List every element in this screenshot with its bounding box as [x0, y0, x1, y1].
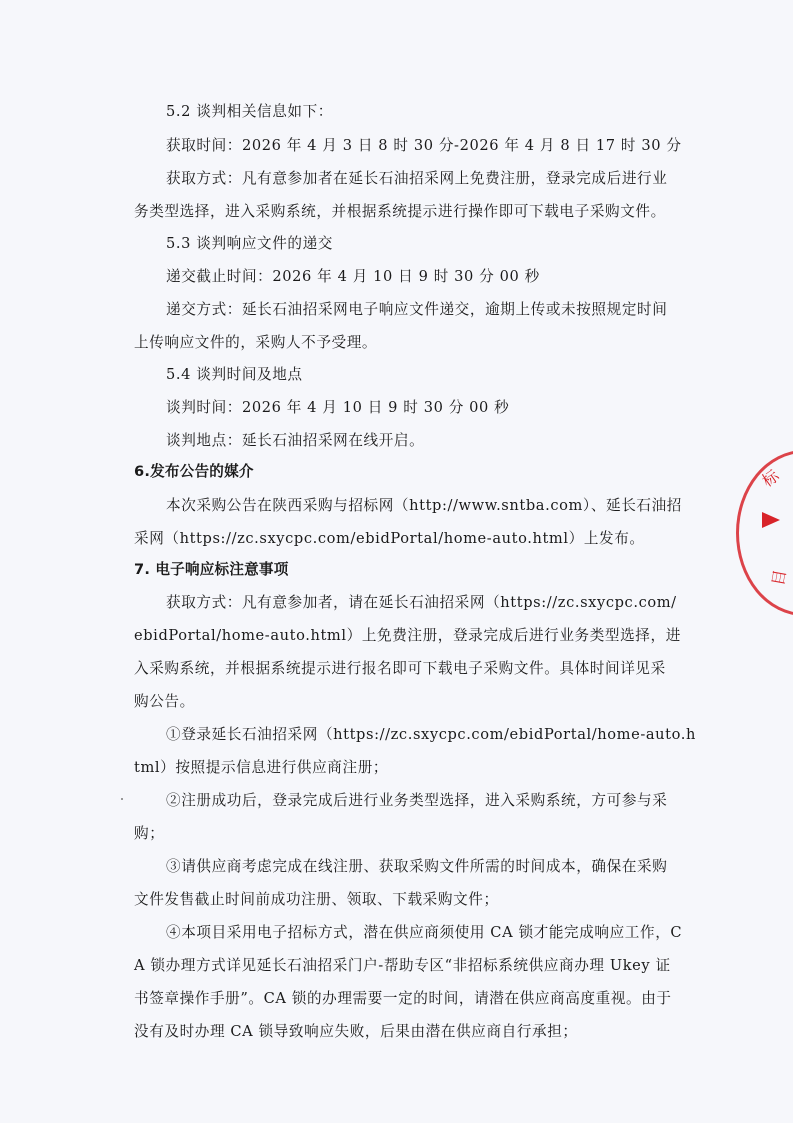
item-1-line2: tml）按照提示信息进行供应商注册； — [134, 758, 388, 778]
submission-method-line2: 上传响应文件的，采购人不予受理。 — [134, 333, 377, 353]
submission-deadline: 递交截止时间：2026 年 4 月 10 日 9 时 30 分 00 秒 — [166, 267, 540, 287]
section-5-2-title: 5.2 谈判相关信息如下： — [166, 102, 333, 122]
stamp-star-icon — [762, 512, 780, 528]
publish-media-line2: 采网（https://zc.sxycpc.com/ebidPortal/home… — [134, 529, 645, 549]
acquire-method-line1: 获取方式：凡有意参加者在延长石油招采网上免费注册，登录完成后进行业 — [166, 169, 667, 189]
item-2-line1: ②注册成功后，登录完成后进行业务类型选择，进入采购系统，方可参与采 — [166, 791, 667, 811]
item-4-line2: A 锁办理方式详见延长石油招采门户-帮助专区“非招标系统供应商办理 Ukey 证 — [134, 956, 671, 976]
publish-media-line1: 本次采购公告在陕西采购与招标网（http://www.sntba.com）、延长… — [166, 496, 682, 516]
acquire-time: 获取时间：2026 年 4 月 3 日 8 时 30 分-2026 年 4 月 … — [166, 136, 682, 156]
item-4-line1: ④本项目采用电子招标方式，潜在供应商须使用 CA 锁才能完成响应工作，C — [166, 923, 682, 943]
item-3-line2: 文件发售截止时间前成功注册、领取、下载采购文件； — [134, 890, 499, 910]
item-2-line2: 购； — [134, 824, 164, 844]
notice-acquire-line1: 获取方式：凡有意参加者，请在延长石油招采网（https://zc.sxycpc.… — [166, 593, 677, 613]
item-4-line4: 没有及时办理 CA 锁导致响应失败，后果由潜在供应商自行承担； — [134, 1022, 578, 1042]
document-page: 5.2 谈判相关信息如下： 获取时间：2026 年 4 月 3 日 8 时 30… — [0, 0, 793, 1123]
item-3-line1: ③请供应商考虑完成在线注册、获取采购文件所需的时间成本，确保在采购 — [166, 857, 667, 877]
section-6-heading: 6.发布公告的媒介 — [134, 462, 254, 482]
section-7-heading: 7. 电子响应标注意事项 — [134, 560, 289, 580]
negotiation-time: 谈判时间：2026 年 4 月 10 日 9 时 30 分 00 秒 — [166, 398, 509, 418]
scan-speck — [121, 798, 123, 800]
item-4-line3: 书签章操作手册”。CA 锁的办理需要一定的时间，请潜在供应商高度重视。由于 — [134, 989, 672, 1009]
section-5-3-title: 5.3 谈判响应文件的递交 — [166, 234, 333, 254]
notice-acquire-line2: ebidPortal/home-auto.html）上免费注册，登录完成后进行业… — [134, 626, 681, 646]
submission-method-line1: 递交方式：延长石油招采网电子响应文件递交，逾期上传或未按照规定时间 — [166, 300, 667, 320]
notice-acquire-line4: 购公告。 — [134, 692, 195, 712]
notice-acquire-line3: 入采购系统，并根据系统提示进行报名即可下载电子采购文件。具体时间详见采 — [134, 659, 666, 679]
acquire-method-line2: 务类型选择，进入采购系统，并根据系统提示进行操作即可下载电子采购文件。 — [134, 202, 666, 222]
negotiation-location: 谈判地点：延长石油招采网在线开启。 — [166, 431, 424, 451]
item-1-line1: ①登录延长石油招采网（https://zc.sxycpc.com/ebidPor… — [166, 725, 696, 745]
section-5-4-title: 5.4 谈判时间及地点 — [166, 365, 303, 385]
